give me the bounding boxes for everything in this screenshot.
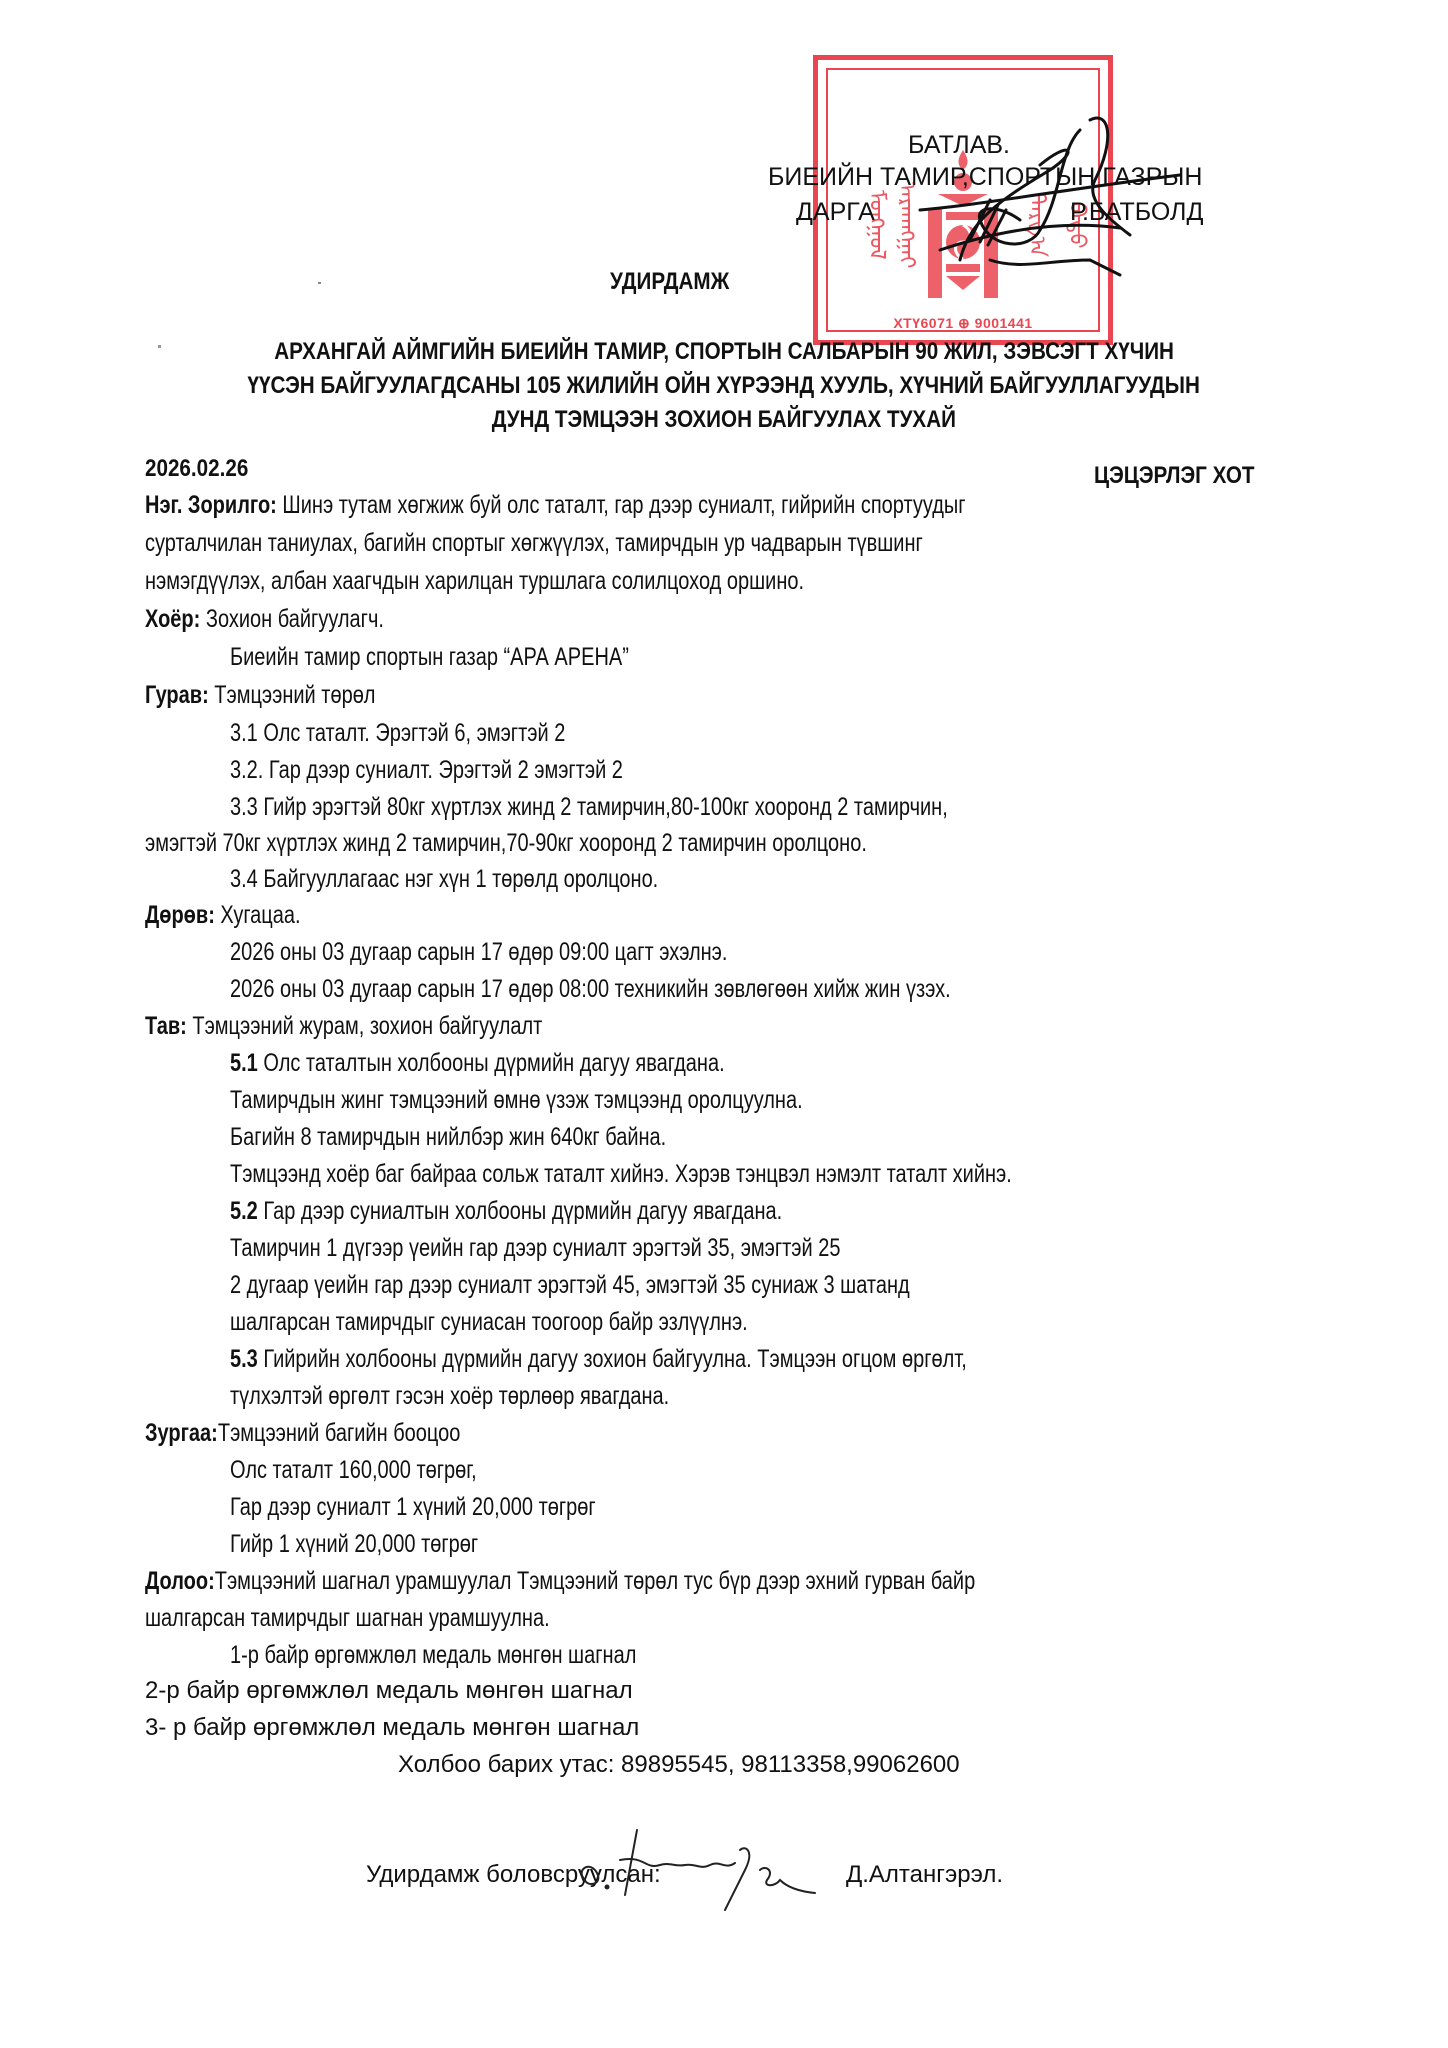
section-label: Хоёр: [145,605,200,633]
approval-position: ДАРГА [796,197,875,228]
document-page: ᠮᠣᠩᠭᠣᠯ ᠠᠷᠬᠠᠩᠭᠠᠢ ᠳᠠᠷᠭ᠎ᠠ ᠪᠠᠲᠤ ХТҮ6071 ⊕ 90… [0,0,1448,2048]
document-date: 2026.02.26 [145,455,248,483]
rule-5-1-heading: 5.1 Олс таталтын холбооны дүрмийн дагуу … [230,1048,725,1078]
competition-type-item: 3.1 Олс таталт. Эрэгтэй 6, эмэгтэй 2 [230,718,565,748]
section-two-line: Хоёр: Зохион байгуулагч. [145,604,384,634]
prize-item: 2-р байр өргөмжлөл медаль мөнгөн шагнал [145,1676,633,1706]
competition-type-item: 3.3 Гийр эрэгтэй 80кг хүртлэх жинд 2 там… [230,792,948,822]
prize-item: 3- р байр өргөмжлөл медаль мөнгөн шагнал [145,1713,639,1743]
scan-speck [158,345,161,348]
section-one-line: сурталчилан таниулах, багийн спортыг хөг… [145,528,923,558]
document-type-title: УДИРДАМЖ [610,268,729,296]
approval-organization: БИЕИЙН ТАМИР,СПОРТЫН ГАЗРЫН [768,162,1202,193]
prepared-by-label: Удирдамж боловсруулсан: [366,1860,661,1890]
approval-signatory-name: Р.БАТБОЛД [1070,197,1203,228]
section-seven-line: шалгарсан тамирчдыг шагнан урамшуулна. [145,1603,550,1633]
schedule-item: 2026 оны 03 дугаар сарын 17 өдөр 09:00 ц… [230,937,727,967]
organizer-name: Биеийн тамир спортын газар “АРА АРЕНА” [230,642,629,672]
section-label: Нэг. Зорилго: [145,491,277,519]
section-one-line: Нэг. Зорилго: Шинэ тутам хөгжиж буй олс … [145,490,1297,520]
document-title-line: ДУНД ТЭМЦЭЭН ЗОХИОН БАЙГУУЛАХ ТУХАЙ [0,406,1448,434]
competition-type-item: 3.2. Гар дээр суниалт. Эрэгтэй 2 эмэгтэй… [230,755,623,785]
section-three-line: Гурав: Тэмцээний төрөл [145,680,375,710]
preparer-name: Д.Алтангэрэл. [846,1860,1003,1890]
document-title-line: АРХАНГАЙ АЙМГИЙН БИЕИЙН ТАМИР, СПОРТЫН С… [0,338,1448,366]
section-label: Гурав: [145,681,209,709]
rule-5-2-line: 2 дугаар үеийн гар дээр суниалт эрэгтэй … [230,1270,910,1300]
approval-heading: БАТЛАВ. [908,130,1010,161]
section-label: Тав: [145,1012,187,1040]
section-four-line: Дөрөв: Хугацаа. [145,900,301,930]
rule-5-3-line: түлхэлтэй өргөлт гэсэн хоёр төрлөөр яваг… [230,1381,669,1411]
fee-item: Олс таталт 160,000 төгрөг, [230,1455,477,1485]
section-label: Дөрөв: [145,901,215,929]
rule-5-2-line: шалгарсан тамирчдыг суниасан тоогоор бай… [230,1307,748,1337]
schedule-item: 2026 оны 03 дугаар сарын 17 өдөр 08:00 т… [230,974,951,1004]
rule-5-1-line: Тэмцээнд хоёр баг байраа сольж таталт хи… [230,1159,1012,1189]
rule-5-3-heading: 5.3 Гийрийн холбооны дүрмийн дагуу зохио… [230,1344,967,1374]
prize-item: 1-р байр өргөмжлөл медаль мөнгөн шагнал [230,1640,636,1670]
rule-5-1-line: Багийн 8 тамирчдын нийлбэр жин 640кг бай… [230,1122,666,1152]
rule-5-2-heading: 5.2 Гар дээр суниалтын холбооны дүрмийн … [230,1196,782,1226]
section-one-line: нэмэгдүүлэх, албан хаагчдын харилцан тур… [145,566,804,596]
section-five-line: Тав: Тэмцээний журам, зохион байгуулалт [145,1011,542,1041]
document-location: ЦЭЦЭРЛЭГ ХОТ [1094,462,1254,490]
scan-speck [318,282,321,284]
stamp-registration-code: ХТҮ6071 ⊕ 9001441 [818,315,1108,332]
section-label: Зургаа: [145,1419,218,1447]
contact-phones: Холбоо барих утас: 89895545, 98113358,99… [398,1750,960,1780]
fee-item: Гар дээр суниалт 1 хүний 20,000 төгрөг [230,1492,596,1522]
section-six-line: Зургаа:Тэмцээний багийн бооцоо [145,1418,460,1448]
section-label: Долоо: [145,1567,215,1595]
document-title-line: ҮҮСЭН БАЙГУУЛАГДСАНЫ 105 ЖИЛИЙН ОЙН ХҮРЭ… [0,372,1448,400]
rule-5-1-line: Тамирчдын жинг тэмцээний өмнө үзэж тэмцэ… [230,1085,803,1115]
competition-type-item: эмэгтэй 70кг хүртлэх жинд 2 тамирчин,70-… [145,828,867,858]
fee-item: Гийр 1 хүний 20,000 төгрөг [230,1529,478,1559]
competition-type-item: 3.4 Байгууллагаас нэг хүн 1 төрөлд оролц… [230,864,658,894]
section-seven-line: Долоо:Тэмцээний шагнал урамшуулал Тэмцээ… [145,1566,975,1596]
rule-5-2-line: Тамирчин 1 дүгээр үеийн гар дээр суниалт… [230,1233,841,1263]
